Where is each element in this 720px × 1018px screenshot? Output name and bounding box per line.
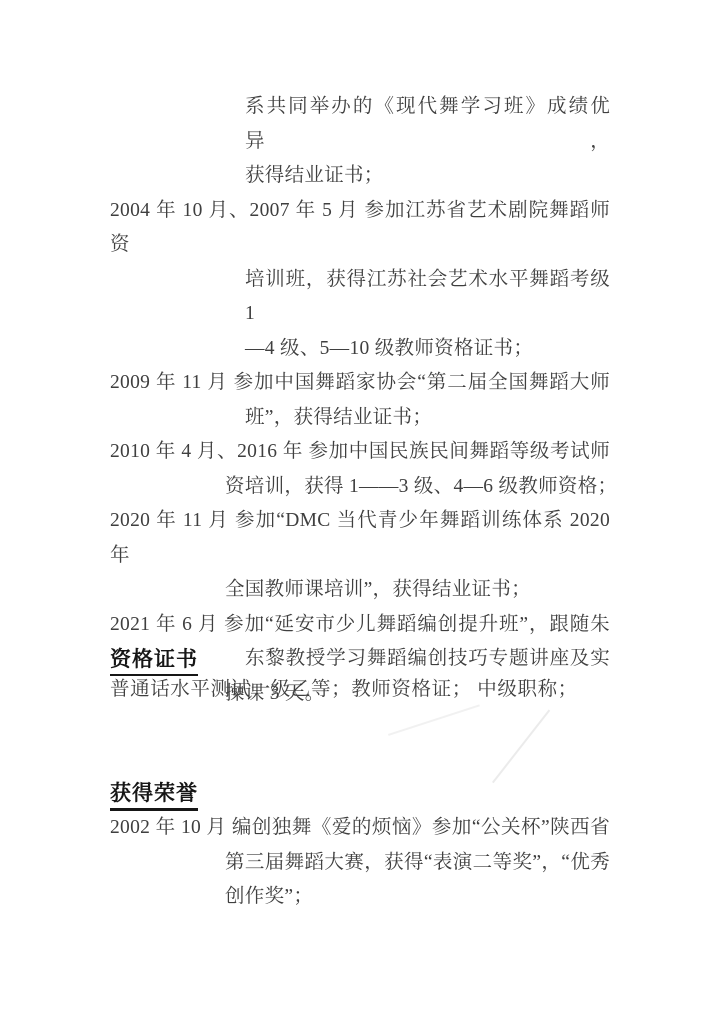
text-line: 系共同举办的《现代舞学习班》成绩优异，	[245, 90, 610, 159]
qualifications-heading-text: 资格证书	[110, 647, 198, 676]
text-line: 2010 年 4 月、2016 年 参加中国民族民间舞蹈等级考试师	[110, 435, 610, 470]
text-line: 获得结业证书；	[245, 159, 610, 194]
honors-list: 2002 年 10 月 编创独舞《爱的烦恼》参加“公关杯”陕西省第三届舞蹈大赛，…	[110, 811, 610, 915]
text-line: 全国教师课培训”，获得结业证书；	[225, 573, 610, 608]
honors-heading-text: 获得荣誉	[110, 781, 198, 811]
text-line: 东黎教授学习舞蹈编创技巧专题讲座及实	[245, 642, 610, 677]
training-history-list: 系共同举办的《现代舞学习班》成绩优异，获得结业证书；2004 年 10 月、20…	[110, 90, 610, 711]
text-line: 2002 年 10 月 编创独舞《爱的烦恼》参加“公关杯”陕西省	[110, 811, 610, 846]
text-line: 创作奖”；	[225, 880, 610, 915]
document-page: 系共同举办的《现代舞学习班》成绩优异，获得结业证书；2004 年 10 月、20…	[0, 0, 720, 1018]
watermark-stroke	[492, 710, 550, 784]
text-line: 资培训，获得 1——3 级、4—6 级教师资格；	[225, 470, 610, 505]
text-line: 2020 年 11 月 参加“DMC 当代青少年舞蹈训练体系 2020 年	[110, 504, 610, 573]
text-line: 第三届舞蹈大赛，获得“表演二等奖”，“优秀	[225, 846, 610, 881]
text-line: 培训班，获得江苏社会艺术水平舞蹈考级 1	[245, 263, 610, 332]
text-line: —4 级、5—10 级教师资格证书；	[245, 332, 610, 367]
text-line: 2004 年 10 月、2007 年 5 月 参加江苏省艺术剧院舞蹈师资	[110, 194, 610, 263]
text-line: 2021 年 6 月 参加“延安市少儿舞蹈编创提升班”，跟随朱	[110, 608, 610, 643]
qualifications-body-text: 普通话水平测试一级乙等；教师资格证； 中级职称；	[110, 676, 630, 704]
honors-section-heading: 获得荣誉	[110, 781, 198, 811]
text-line: 2009 年 11 月 参加中国舞蹈家协会“第二届全国舞蹈大师	[110, 366, 610, 401]
qualifications-section-heading: 资格证书	[110, 647, 198, 676]
text-line: 班”，获得结业证书；	[245, 401, 610, 436]
